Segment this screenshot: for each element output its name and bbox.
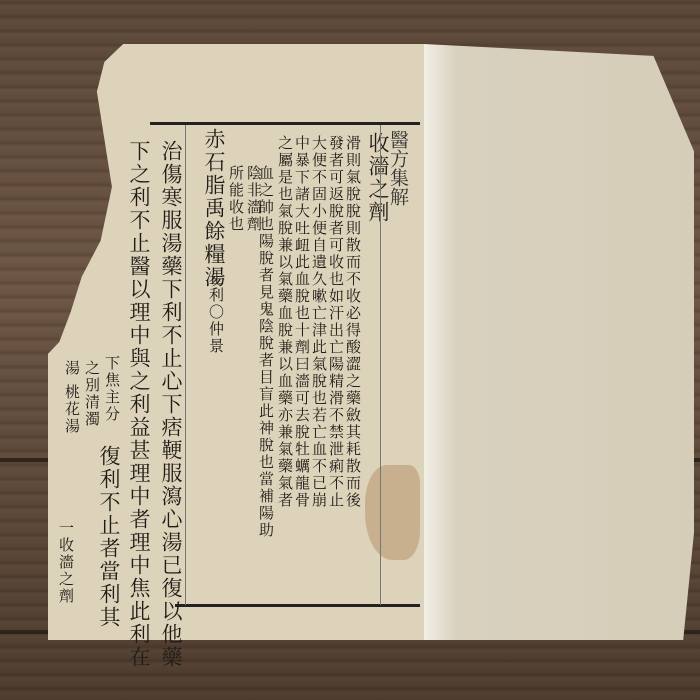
text-column: 下焦主分 (104, 355, 119, 423)
text-column: 下之利不止醫以理中與之利益甚理中者理中焦此利在 (128, 140, 149, 669)
text-column: 一收濇之劑 (58, 520, 73, 605)
text-column: 之別清濁 (84, 360, 99, 428)
text-column: 復利不止者當利其 (98, 445, 119, 629)
formula-note: 止利〇仲景 (208, 270, 223, 355)
text-column: 大便不固小便自遺久嗽亡津此氣脫也若亡血不已崩 (311, 135, 326, 509)
formula-title: 赤石脂禹餘糧湯 (203, 128, 224, 289)
text-column: 湯 桃花湯 (64, 360, 79, 435)
text-column: 發者可返脫者可收也如汗出亡陽精滑不禁泄痢不止 (328, 135, 343, 509)
text-column: 滑則氣脫脫則散而不收必得酸澀之藥斂其耗散而後 (345, 135, 360, 509)
text-column: 陰非濇劑 (246, 165, 261, 233)
text-column: 治傷寒服湯藥下利不止心下痞鞕服瀉心湯已復以他藥 (160, 140, 181, 669)
paper-stain (365, 465, 420, 560)
text-column: 所能收也 (228, 165, 243, 233)
page-border-bottom (175, 604, 420, 607)
column-rule (185, 125, 186, 605)
right-page (424, 44, 694, 640)
text-column: 中暴下諸大吐衄此血脫也十劑曰濇可去脫牡蠣龍骨 (294, 135, 309, 509)
column-rule (380, 125, 381, 605)
text-column: 之屬是也氣脫兼以氣藥血脫兼以血藥亦兼氣藥氣者 (277, 135, 292, 509)
section-heading: 收濇之劑 (367, 132, 388, 224)
